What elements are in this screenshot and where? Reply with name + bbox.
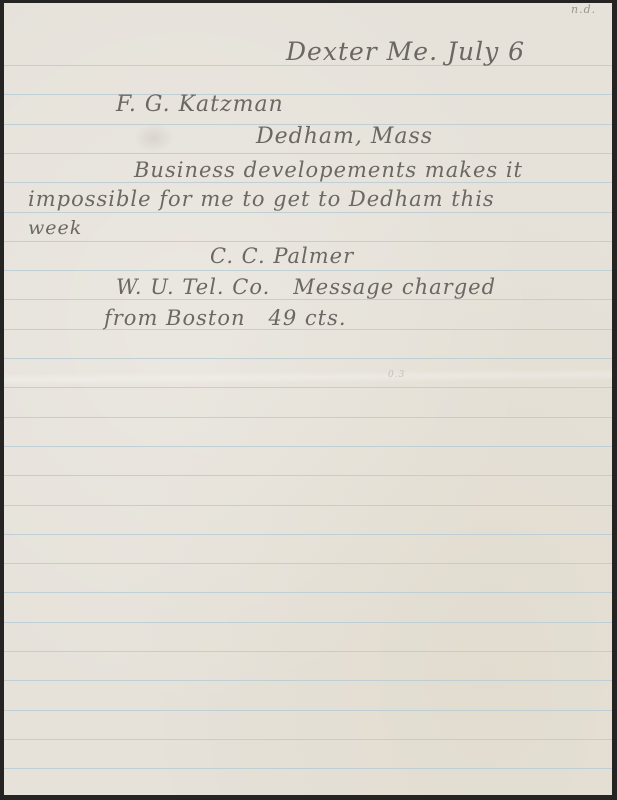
ruled-line	[4, 182, 612, 183]
ruled-line	[4, 358, 612, 359]
message-line-3: week	[28, 217, 82, 239]
ruled-line	[4, 94, 612, 95]
corner-archival-mark: n.d.	[571, 3, 596, 16]
ruled-line	[4, 241, 612, 242]
ruled-line	[4, 446, 612, 447]
ruled-line	[4, 768, 612, 769]
scanned-document: n.d. Dexter Me. July 6 F. G. Katzman Ded…	[0, 0, 617, 800]
signature: C. C. Palmer	[210, 244, 354, 268]
ruled-line	[4, 622, 612, 623]
ruled-line	[4, 680, 612, 681]
charge-note: from Boston 49 cts.	[104, 306, 347, 330]
ruled-line	[4, 563, 612, 564]
telegraph-company-note: W. U. Tel. Co. Message charged	[116, 275, 496, 299]
ruled-line	[4, 534, 612, 535]
ruled-line	[4, 153, 612, 154]
place-and-date: Dexter Me. July 6	[286, 37, 525, 66]
message-line-2: impossible for me to get to Dedham this	[28, 187, 495, 211]
ruled-line	[4, 299, 612, 300]
ruled-line	[4, 651, 612, 652]
ruled-line	[4, 710, 612, 711]
ruled-paper-sheet: n.d. Dexter Me. July 6 F. G. Katzman Ded…	[4, 3, 612, 795]
addressee-name: F. G. Katzman	[116, 92, 284, 117]
ruled-line	[4, 387, 612, 388]
ruled-line	[4, 739, 612, 740]
ruled-line	[4, 592, 612, 593]
ruled-line	[4, 270, 612, 271]
ruled-line	[4, 475, 612, 476]
paper-smudge	[134, 123, 174, 153]
faint-pencil-mark: 0.3	[388, 370, 405, 380]
message-line-1: Business developements makes it	[134, 158, 523, 182]
addressee-location: Dedham, Mass	[256, 124, 433, 149]
ruled-line	[4, 212, 612, 213]
ruled-line	[4, 417, 612, 418]
ruled-line	[4, 505, 612, 506]
ruled-lines	[4, 3, 612, 795]
